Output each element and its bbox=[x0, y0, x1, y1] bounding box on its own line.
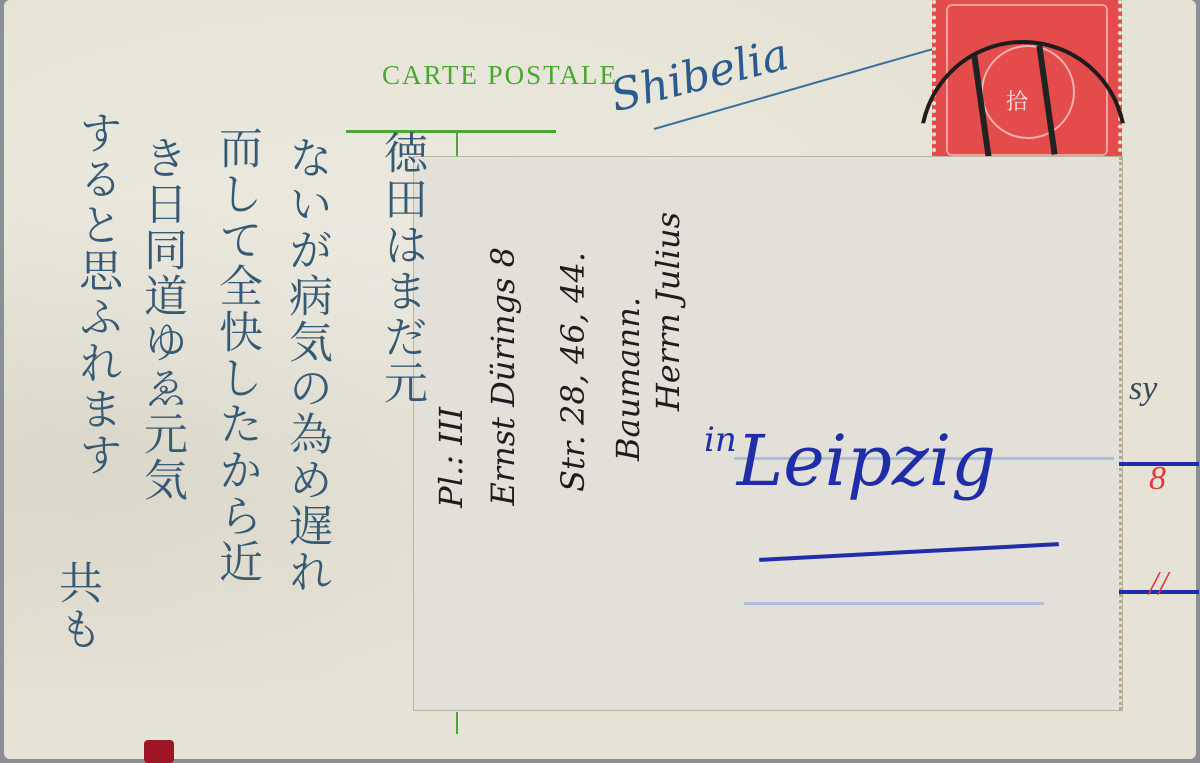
german-address-line: Herrn Julius bbox=[649, 212, 687, 411]
postcard-header: CARTE POSTALE bbox=[382, 60, 618, 91]
message-column: き日同道ゆゑ元気 bbox=[129, 135, 193, 503]
message-column: すると思ふれます bbox=[64, 110, 128, 478]
divider-tick-top bbox=[456, 130, 458, 160]
edge-mark: // bbox=[1149, 565, 1168, 603]
message-column: 而して全快したから近 bbox=[204, 125, 268, 585]
german-address-line: Baumann. bbox=[609, 297, 647, 461]
postcard: CARTE POSTALE Shibelia 拾 Herrn Julius Ba… bbox=[4, 0, 1196, 759]
red-ink-blot bbox=[144, 740, 174, 763]
message-signature: 共も bbox=[44, 560, 108, 652]
addressee-name: Shibelia bbox=[606, 29, 794, 122]
ink-smear bbox=[744, 602, 1044, 605]
city-name: Leipzig bbox=[737, 420, 996, 502]
destination-city: inLeipzig bbox=[704, 420, 996, 502]
divider-tick-bottom bbox=[456, 712, 458, 734]
german-address-line: Str. 28, 46, 44. bbox=[554, 252, 592, 492]
german-address-line: Ernst Dürings 8 bbox=[484, 247, 522, 506]
message-column: 徳田はまだ元 bbox=[369, 130, 433, 406]
edge-strike bbox=[1119, 462, 1199, 466]
message-column: ないが病気の為め遅れ bbox=[274, 135, 338, 595]
city-prefix: in bbox=[704, 420, 737, 460]
german-address-line: Pl.: III bbox=[432, 407, 470, 508]
edge-mark: sy bbox=[1129, 370, 1157, 408]
